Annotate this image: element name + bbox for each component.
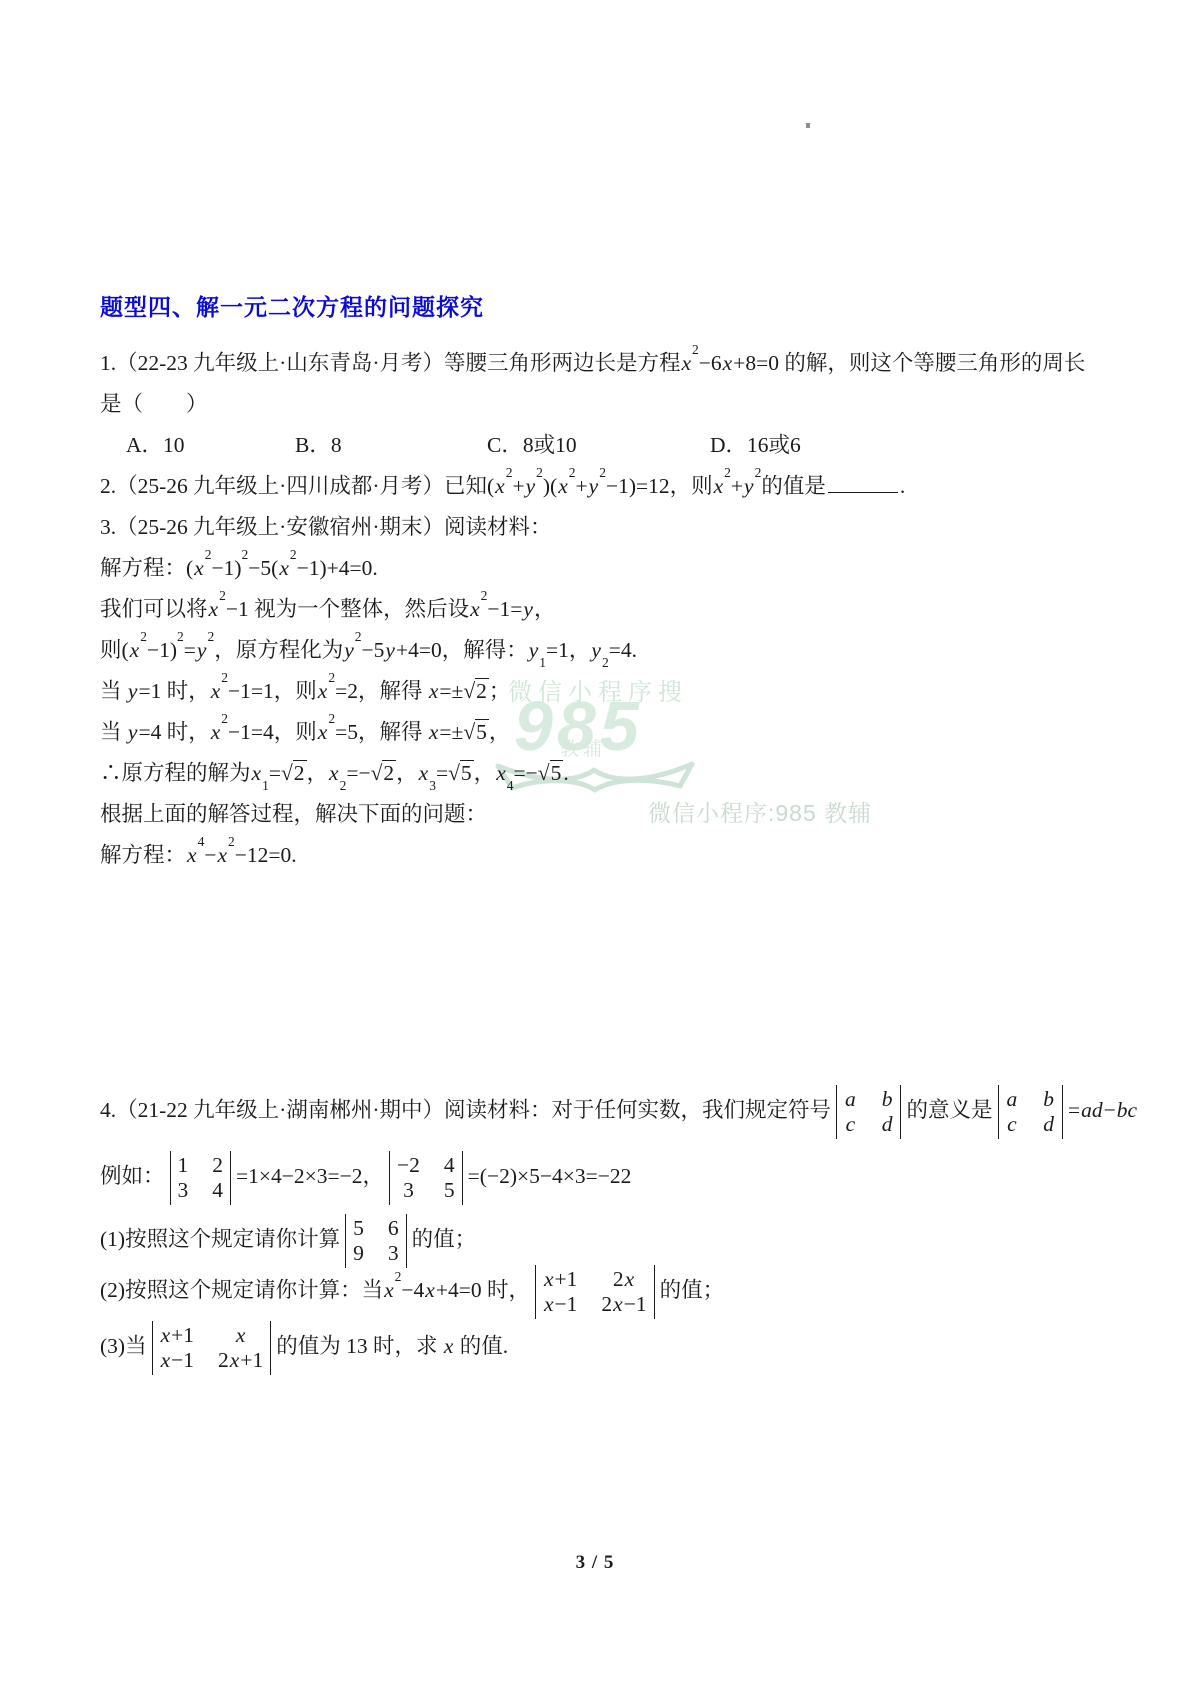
determinant-cell: 3	[178, 1179, 189, 1202]
determinant: 1234	[170, 1151, 232, 1205]
determinant-cell: 2x+1	[218, 1349, 263, 1372]
problem-1-line-1: 1.（22-23 九年级上·山东青岛·月考）等腰三角形两边长是方程x2−6x+8…	[100, 343, 1100, 384]
sqrt-expression: √2	[371, 760, 397, 785]
determinant-cell: 2x−1	[601, 1293, 646, 1316]
option-d: D．16或6	[710, 425, 801, 466]
determinant-cell: 1	[178, 1154, 189, 1177]
determinant: x+12xx−12x−1	[535, 1265, 655, 1319]
page-number: 3 / 5	[0, 1552, 1190, 1574]
determinant: abcd	[998, 1085, 1064, 1139]
option-c: C．8或10	[487, 425, 710, 466]
determinant-cell: b	[881, 1088, 894, 1111]
sqrt-expression: √5	[463, 719, 489, 744]
material-step-2: 则(x2−1)2=y2，原方程化为y2−5y+4=0，解得：y1=1，y2=4.	[100, 630, 1100, 671]
determinant-cell: a	[844, 1088, 857, 1111]
determinant-cell: x	[235, 1324, 247, 1347]
answer-blank	[828, 470, 898, 493]
problem-4-line-1: 4.（21-22 九年级上·湖南郴州·期中）阅读材料：对于任何实数，我们规定符号…	[100, 1078, 1100, 1142]
problem-1-options: A．10B．8C．8或10D．16或6	[100, 425, 1100, 466]
material-case-y1: 当 y=1 时，x2−1=1，则x2=2，解得 x=±√2；	[100, 671, 1100, 712]
option-a: A．10	[126, 425, 295, 466]
determinant-cell: d	[1042, 1113, 1055, 1136]
section-heading: 题型四、解一元二次方程的问题探究	[100, 292, 1100, 322]
determinant-cell: c	[845, 1113, 857, 1136]
determinant-cell: x+1	[543, 1268, 577, 1291]
determinant-cell: c	[1006, 1113, 1018, 1136]
determinant-cell: x−1	[543, 1293, 577, 1316]
problem-4-example: 例如：1234=1×4−2×3=−2，−2435=(−2)×5−4×3=−22	[100, 1148, 1100, 1204]
determinant-cell: x+1	[160, 1324, 194, 1347]
sqrt-expression: √5	[448, 760, 474, 785]
determinant-cell: 2	[212, 1154, 223, 1177]
determinant: abcd	[836, 1085, 902, 1139]
problem-1-line-2: 是（ ）	[100, 384, 1100, 425]
problem-4-part-1: (1)按照这个规定请你计算5693的值；	[100, 1214, 1100, 1262]
determinant: x+1xx−12x+1	[152, 1321, 272, 1375]
material-step-1: 我们可以将x2−1 视为一个整体，然后设x2−1=y，	[100, 589, 1100, 630]
option-b: B．8	[295, 425, 487, 466]
determinant-cell: −2	[397, 1154, 420, 1177]
determinant-cell: 4	[444, 1154, 455, 1177]
sqrt-expression: √2	[463, 678, 489, 703]
material-equation: 解方程：(x2−1)2−5(x2−1)+4=0.	[100, 548, 1100, 589]
determinant: 5693	[345, 1214, 407, 1268]
determinant-cell: 6	[388, 1217, 399, 1240]
determinant-cell: d	[881, 1113, 894, 1136]
determinant-cell: 5	[353, 1217, 364, 1240]
determinant-cell: x−1	[160, 1349, 194, 1372]
problem-2-line: 2.（25-26 九年级上·四川成都·月考）已知(x2+y2)(x2+y2−1)…	[100, 466, 1100, 507]
problem-4-part-3: (3)当x+1xx−12x+1的值为 13 时，求 x 的值.	[100, 1318, 1100, 1374]
determinant-cell: b	[1042, 1088, 1055, 1111]
material-target-equation: 解方程：x4−x2−12=0.	[100, 835, 1100, 876]
determinant-cell: a	[1006, 1088, 1019, 1111]
determinant: −2435	[389, 1151, 463, 1205]
material-followup: 根据上面的解答过程，解决下面的问题：	[100, 794, 1100, 835]
sqrt-expression: √2	[281, 760, 307, 785]
determinant-cell: 4	[212, 1179, 223, 1202]
determinant-cell: 5	[444, 1179, 455, 1202]
stray-mark	[806, 123, 810, 128]
determinant-cell: 3	[403, 1179, 414, 1202]
worksheet-content: 题型四、解一元二次方程的问题探究 1.（22-23 九年级上·山东青岛·月考）等…	[100, 292, 1100, 1374]
problem-3-header: 3.（25-26 九年级上·安徽宿州·期末）阅读材料：	[100, 507, 1100, 548]
determinant-cell: 2x	[613, 1268, 635, 1291]
sqrt-expression: √5	[538, 760, 564, 785]
problem-4-part-2: (2)按照这个规定请你计算：当x2−4x+4=0 时，x+12xx−12x−1的…	[100, 1262, 1100, 1318]
document-page: 微信小程序搜 985 教辅 微信小程序:985 教辅 题型四、解一元二次方程的问…	[0, 0, 1190, 1683]
material-conclusion: ∴原方程的解为x1=√2，x2=−√2，x3=√5，x4=−√5.	[100, 753, 1100, 794]
material-case-y4: 当 y=4 时，x2−1=4，则x2=5，解得 x=±√5，	[100, 712, 1100, 753]
